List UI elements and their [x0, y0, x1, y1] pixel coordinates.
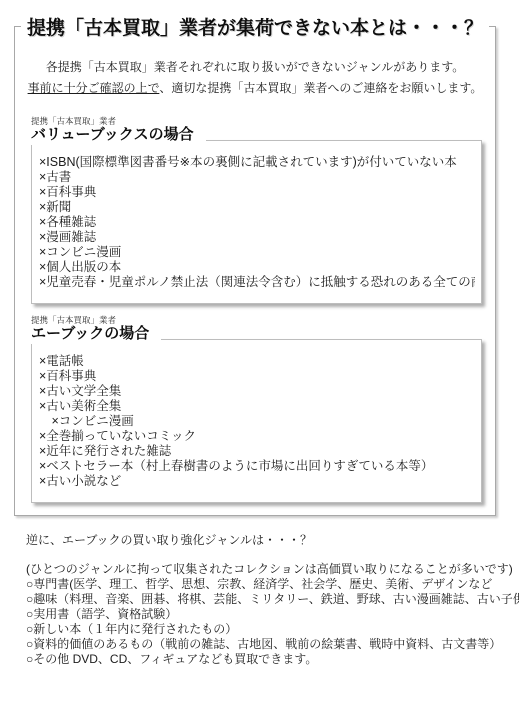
section-abook: 提携「古本買取」業者 エーブックの場合 ×電話帳 ×百科事典 ×古い文学全集 ×… — [31, 315, 482, 503]
strong-genres-note: (ひとつのジャンルに拘って収集されたコレクションは高価買い取りになることが多いで… — [26, 562, 515, 577]
list-item: ×児童売春・児童ポルノ禁止法（関連法令含む）に抵触する恐れのある全ての商品 — [39, 275, 475, 290]
list-item: ×ISBN(国際標準図書番号※本の裏側に記載されています)が付いていない本 — [39, 155, 475, 170]
list-item: ×電話帳 — [39, 354, 475, 369]
genre-line-jitsuyosho: ○実用書（語学、資格試験） — [26, 607, 515, 622]
genre-line-shumi-prefix: ○趣味（料理、音楽、囲碁、将棋、芸能、ミリタリー、鉄道、野球、古い漫画雑誌、古い… — [26, 592, 519, 606]
intro-underlined-text: 事前に十分ご確認の上で — [28, 81, 160, 95]
list-item: ×百科事典 — [39, 185, 475, 200]
genre-line-sonota: ○その他 DVD、CD、フィギュアなども買取できます。 — [26, 652, 515, 667]
section-abook-list-box: ×電話帳 ×百科事典 ×古い文学全集 ×古い美術全集 ×コンビニ漫画 ×全巻揃っ… — [31, 339, 482, 503]
page-title-text: 提携「古本買取」業者が集荷できない本とは・・・？ — [21, 18, 489, 39]
section-valuebooks-list-box: ×ISBN(国際標準図書番号※本の裏側に記載されています)が付いていない本 ×古… — [31, 140, 482, 304]
list-item: ×古い文学全集 — [39, 384, 475, 399]
strong-genres-question: 逆に、エーブックの買い取り強化ジャンルは・・・？ — [26, 533, 515, 548]
list-item: ×コンビニ漫画 — [39, 414, 475, 429]
list-item: ×近年に発行された雑誌 — [39, 444, 475, 459]
genre-line-shumi: ○趣味（料理、音楽、囲碁、将棋、芸能、ミリタリー、鉄道、野球、古い漫画雑誌、古い… — [26, 592, 515, 607]
list-item: ×全巻揃っていないコミック — [39, 429, 475, 444]
section-valuebooks: 提携「古本買取」業者 バリューブックスの場合 ×ISBN(国際標準図書番号※本の… — [31, 116, 482, 304]
intro-paragraph: 各提携「古本買取」業者それぞれに取り扱いができないジャンルがあります。 事前に十… — [15, 57, 495, 99]
list-item: ×コンビニ漫画 — [39, 245, 475, 260]
list-item: ×古書 — [39, 170, 475, 185]
section-valuebooks-heading: バリューブックスの場合 — [31, 126, 194, 143]
intro-line-2: 事前に十分ご確認の上で、適切な提携「古本買取」業者へのご連絡をお願いします。 — [15, 78, 495, 99]
section-abook-heading: エーブックの場合 — [31, 325, 149, 342]
list-item: ×個人出版の本 — [39, 260, 475, 275]
intro-line-2-rest: 、適切な提携「古本買取」業者へのご連絡をお願いします。 — [159, 81, 482, 95]
list-item: ×ベストセラー本（村上春樹書のように市場に出回りすぎている本等） — [39, 459, 475, 474]
strong-genres-section: 逆に、エーブックの買い取り強化ジャンルは・・・？ (ひとつのジャンルに拘って収集… — [26, 533, 515, 667]
genre-line-senmonsho: ○専門書(医学、理工、哲学、思想、宗教、経済学、社会学、歴史、美術、デザインなど — [26, 577, 515, 592]
list-item: ×漫画雑誌 — [39, 230, 475, 245]
genre-line-atarashii-hon: ○新しい本（１年内に発行されたもの） — [26, 622, 515, 637]
section-abook-label: 提携「古本買取」業者 — [31, 315, 149, 325]
section-abook-header: 提携「古本買取」業者 エーブックの場合 — [31, 315, 161, 344]
list-item: ×古い美術全集 — [39, 399, 475, 414]
titled-outer-box: 提携「古本買取」業者が集荷できない本とは・・・？ 各提携「古本買取」業者それぞれ… — [14, 26, 496, 516]
list-item: ×新聞 — [39, 200, 475, 215]
list-item: ×古い小説など — [39, 474, 475, 489]
list-item: ×百科事典 — [39, 369, 475, 384]
genre-line-shiryoteki-kachi: ○資料的価値のあるもの（戦前の雑誌、古地図、戦前の絵葉書、戦時中資料、古文書等） — [26, 637, 515, 652]
list-item: ×各種雑誌 — [39, 215, 475, 230]
intro-line-1: 各提携「古本買取」業者それぞれに取り扱いができないジャンルがあります。 — [15, 57, 495, 78]
section-valuebooks-header: 提携「古本買取」業者 バリューブックスの場合 — [31, 116, 206, 145]
section-valuebooks-label: 提携「古本買取」業者 — [31, 116, 194, 126]
page-title: 提携「古本買取」業者が集荷できない本とは・・・？ — [15, 13, 495, 40]
